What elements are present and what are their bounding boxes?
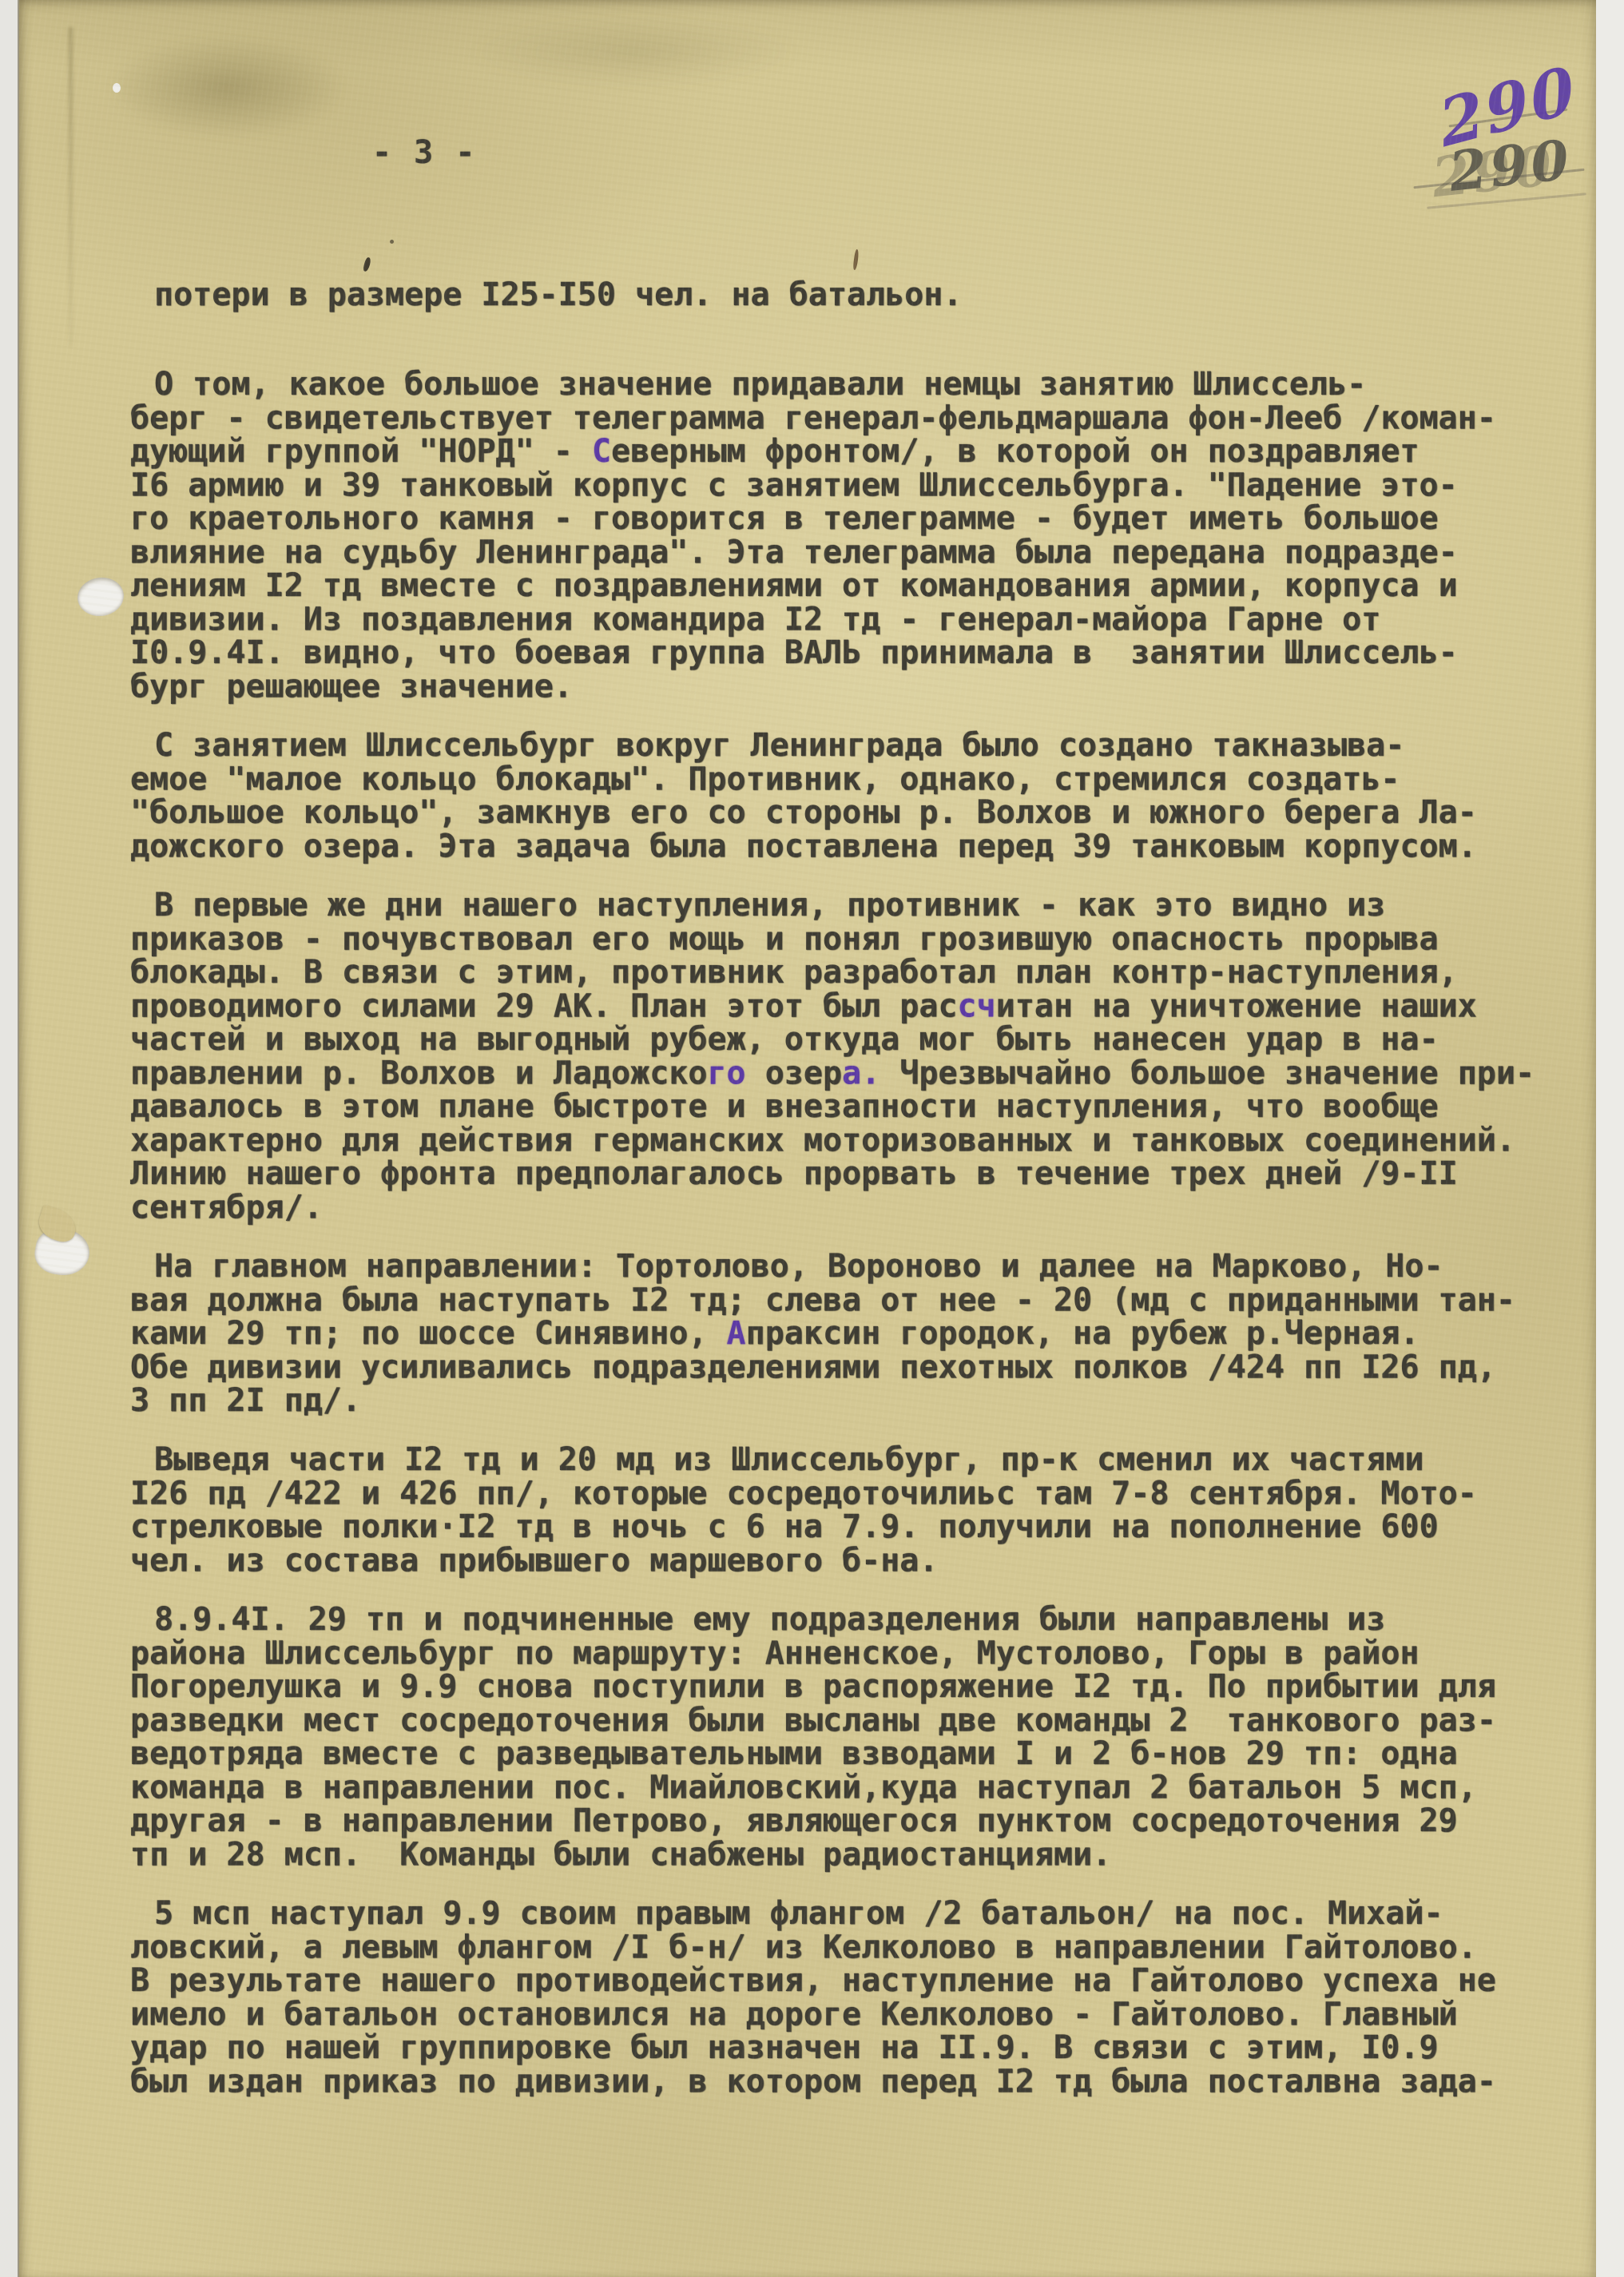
text-line: "большое кольцо", замкнув его со стороны… <box>130 796 1592 829</box>
text-line: Линию нашего фронта предполагалось прорв… <box>130 1157 1592 1190</box>
text-line: дивизии. Из поздавления командира I2 тд … <box>130 603 1592 637</box>
text-line: тп и 28 мсп. Команды были снабжены радио… <box>130 1838 1592 1872</box>
paragraph: 8.9.4I. 29 тп и подчиненные ему подразде… <box>130 1603 1592 1871</box>
page-number: - 3 - <box>372 134 476 171</box>
text-line: ведотряда вместе с разведывательными взв… <box>130 1737 1592 1770</box>
ink-speck <box>852 249 860 270</box>
text-line: 5 мсп наступал 9.9 своим правым флангом … <box>130 1897 1592 1930</box>
text-line: На главном направлении: Тортолово, Ворон… <box>130 1250 1592 1283</box>
text-line: другая - в направлении Петрово, являющег… <box>130 1804 1592 1838</box>
text-line: го краетольного камня - говорится в теле… <box>130 502 1592 535</box>
paragraph: На главном направлении: Тортолово, Ворон… <box>130 1250 1592 1417</box>
purple-ink-overwrite: С <box>592 433 611 470</box>
paper-crease <box>69 27 73 347</box>
text-line: правлении р. Волхов и Ладожского озера. … <box>130 1057 1592 1091</box>
text-line: берг - свидетельствует телеграмма генера… <box>130 402 1592 435</box>
document-page: - 3 - 290 290 потери в размере I25-I50 ч… <box>19 0 1596 2277</box>
text-line: Обе дивизии усиливались подразделениями … <box>130 1351 1592 1385</box>
text-line: приказов - почувствовал его мощь и понял… <box>130 923 1592 956</box>
text-line: чел. из состава прибывшего маршевого б-н… <box>130 1544 1592 1578</box>
text-line: бург решающее значение. <box>130 670 1592 704</box>
text-line: С занятием Шлиссельбург вокруг Ленинград… <box>130 729 1592 762</box>
text-line: ками 29 тп; по шоссе Синявино, Апраксин … <box>130 1317 1592 1350</box>
text-line: частей и выход на выгодный рубеж, откуда… <box>130 1023 1592 1056</box>
purple-ink-overwrite: а. <box>842 1055 880 1092</box>
text-line: Погорелушка и 9.9 снова поступили в расп… <box>130 1670 1592 1703</box>
text-line: влияние на судьбу Ленинграда". Эта телег… <box>130 536 1592 570</box>
punch-hole <box>75 574 126 619</box>
ink-speck <box>363 256 371 272</box>
paragraph: 5 мсп наступал 9.9 своим правым флангом … <box>130 1897 1592 2098</box>
typewritten-text: потери в размере I25-I50 чел. на батальо… <box>130 278 1592 2124</box>
text-line: лениям I2 тд вместе с поздравлениями от … <box>130 569 1592 602</box>
text-line: Выведя части I2 тд и 20 мд из Шлиссельбу… <box>130 1443 1592 1476</box>
text-line: 3 пп 2I пд/. <box>130 1384 1592 1417</box>
text-line: стрелковые полки·I2 тд в ночь с 6 на 7.9… <box>130 1510 1592 1544</box>
text-line: давалось в этом плане быстроте и внезапн… <box>130 1090 1592 1123</box>
text-line: I26 пд /422 и 426 пп/, которые сосредото… <box>130 1477 1592 1511</box>
paragraph: О том, какое большое значение придавали … <box>130 368 1592 703</box>
text-line: 8.9.4I. 29 тп и подчиненные ему подразде… <box>130 1603 1592 1636</box>
paper-pinhole <box>113 83 121 93</box>
text-line: разведки мест сосредоточения были выслан… <box>130 1704 1592 1738</box>
text-line: дожского озера. Эта задача была поставле… <box>130 830 1592 864</box>
text-line: удар по нашей группировке был назначен н… <box>130 2031 1592 2064</box>
text-line: дующий группой "НОРД" - Северным фронтом… <box>130 435 1592 468</box>
text-line: В первые же дни нашего наступления, прот… <box>130 888 1592 922</box>
ink-speck <box>390 240 394 244</box>
paragraph: В первые же дни нашего наступления, прот… <box>130 888 1592 1224</box>
purple-ink-overwrite: сч <box>958 988 996 1025</box>
text-line: имело и батальон остановился на дороге К… <box>130 1998 1592 2032</box>
text-line: характерно для действия германских мотор… <box>130 1124 1592 1158</box>
text-line: ловский, а левым флангом /I б-н/ из Келк… <box>130 1931 1592 1965</box>
text-line: емое "малое кольцо блокады". Противник, … <box>130 763 1592 797</box>
paper-stain <box>467 16 802 88</box>
text-line: О том, какое большое значение придавали … <box>130 368 1592 401</box>
text-line: потери в размере I25-I50 чел. на батальо… <box>130 278 1592 312</box>
text-line: района Шлиссельбург по маршруту: Анненск… <box>130 1637 1592 1671</box>
purple-ink-overwrite: го <box>707 1055 745 1092</box>
text-line: проводимого силами 29 АК. План этот был … <box>130 990 1592 1023</box>
handwritten-number-pencil: 290 <box>1446 128 1574 205</box>
text-line: В результате нашего противодействия, нас… <box>130 1964 1592 1997</box>
paragraph: С занятием Шлиссельбург вокруг Ленинград… <box>130 729 1592 863</box>
text-line: блокады. В связи с этим, противник разра… <box>130 956 1592 989</box>
scanned-document: - 3 - 290 290 потери в размере I25-I50 ч… <box>0 0 1624 2277</box>
text-line: сентября/. <box>130 1191 1592 1225</box>
text-line: команда в направлении пос. Миайловский,к… <box>130 1771 1592 1805</box>
paragraph: Выведя части I2 тд и 20 мд из Шлиссельбу… <box>130 1443 1592 1577</box>
text-line: вая должна была наступать I2 тд; слева о… <box>130 1284 1592 1317</box>
text-line: был издан приказ по дивизии, в котором п… <box>130 2065 1592 2099</box>
purple-ink-overwrite: А <box>727 1315 746 1352</box>
paper-stain <box>107 35 347 139</box>
text-line: I0.9.4I. видно, что боевая группа ВАЛЬ п… <box>130 636 1592 670</box>
text-line: I6 армию и 39 танковый корпус с занятием… <box>130 469 1592 503</box>
paragraph: потери в размере I25-I50 чел. на батальо… <box>130 278 1592 312</box>
